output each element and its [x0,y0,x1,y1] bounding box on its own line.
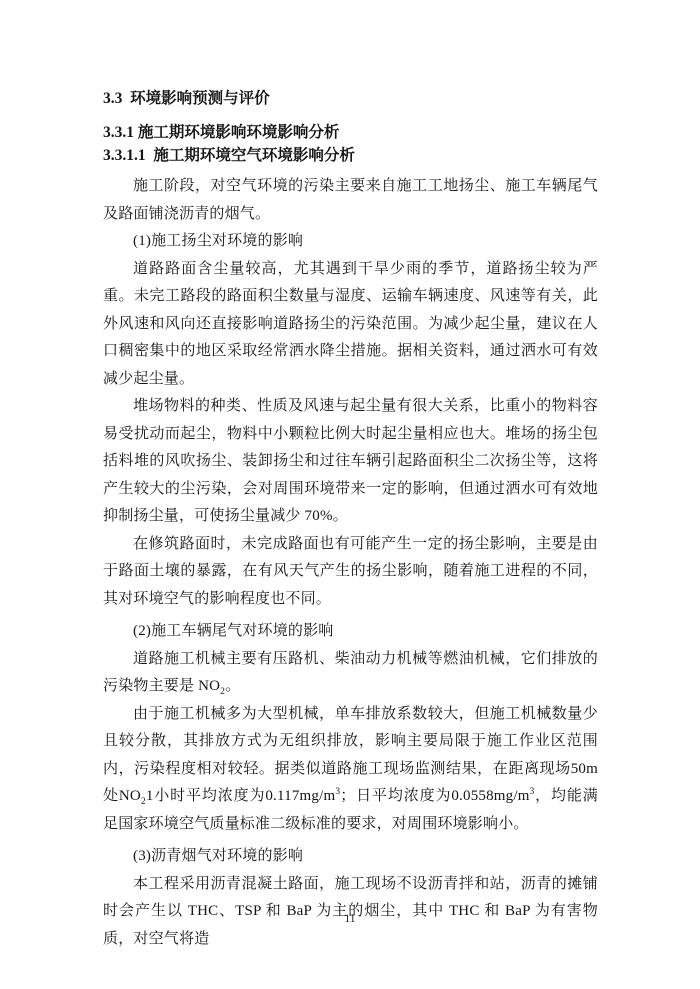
paragraph-item-2-heading: (2)施工车辆尾气对环境的影响 [103,618,598,646]
document-page: 3.3 环境影响预测与评价 3.3.1 施工期环境影响环境影响分析 3.3.1.… [0,0,700,989]
paragraph-stockyard-dust: 堆场物料的种类、性质及风速与起尘量有很大关系，比重小的物料容易受扰动而起尘，物料… [103,393,598,531]
paragraph-asphalt-fume: 本工程采用沥青混凝土路面，施工现场不设沥青拌和站，沥青的摊铺时会产生以 THC、… [103,871,598,954]
page-number: 11 [0,913,700,925]
heading-section-3-3-1-1: 3.3.1.1 施工期环境空气环境影响分析 [103,147,598,164]
paragraph-road-dust: 道路路面含尘量较高，尤其遇到干旱少雨的季节，道路扬尘较为严重。未完工路段的路面积… [103,256,598,394]
paragraph-pavement-dust: 在修筑路面时，未完成路面也有可能产生一定的扬尘影响，主要是由于路面土壤的暴露，在… [103,531,598,614]
paragraph-item-3-heading: (3)沥青烟气对环境的影响 [103,843,598,871]
paragraph-item-1-heading: (1)施工扬尘对环境的影响 [103,228,598,256]
paragraph-machinery-emission: 道路施工机械主要有压路机、柴油动力机械等燃油机械，它们排放的污染物主要是 NO2… [103,646,598,701]
paragraph-intro: 施工阶段，对空气环境的污染主要来自施工工地扬尘、施工车辆尾气及路面铺浇沥青的烟气… [103,173,598,228]
paragraph-emission-monitoring: 由于施工机械多为大型机械，单车排放系数较大，但施工机械数量少且较分散，其排放方式… [103,701,598,839]
heading-section-3-3-1: 3.3.1 施工期环境影响环境影响分析 [103,124,598,141]
heading-section-3-3: 3.3 环境影响预测与评价 [103,90,598,107]
